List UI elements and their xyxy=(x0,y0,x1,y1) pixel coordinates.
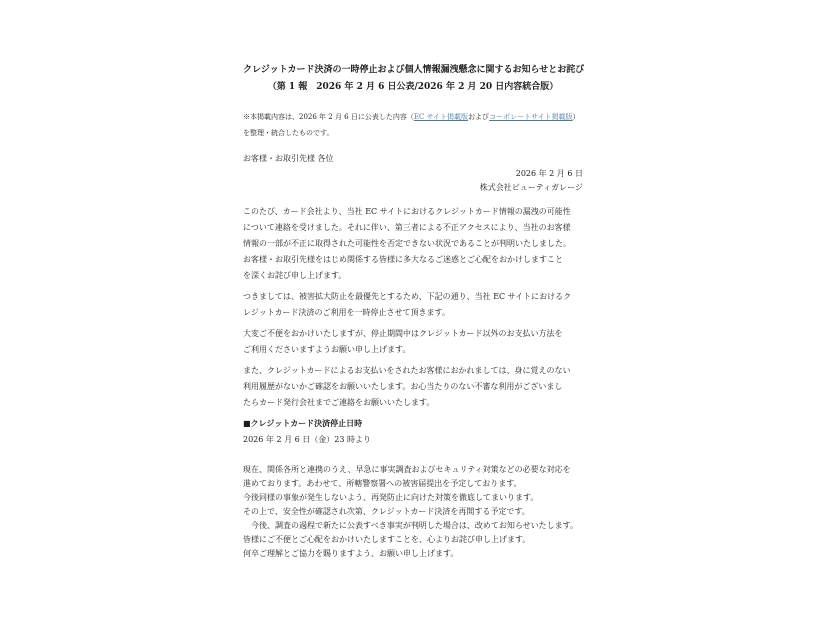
corporate-site-version-link[interactable]: コーポレートサイト掲載版 xyxy=(489,113,573,121)
recipients-line: お客様・お取引先様 各位 xyxy=(243,151,583,167)
notice-title: クレジットカード決済の一時停止および個人情報漏洩懸念に関するお知らせとお詫び （… xyxy=(243,62,583,96)
notice-title-line1: クレジットカード決済の一時停止および個人情報漏洩懸念に関するお知らせとお詫び xyxy=(243,62,583,79)
source-note-close-paren: ） xyxy=(573,113,580,121)
sender-block: 2026 年 2 月 6 日 株式会社ビューティガレージ xyxy=(243,167,583,195)
suspension-datetime-value: 2026 年 2 月 6 日（金）23 時より xyxy=(243,432,583,448)
card-check-paragraph: また、クレジットカードによるお支払いをされたお客様におかれましては、身に覚えのな… xyxy=(243,363,583,411)
company-name: 株式会社ビューティガレージ xyxy=(243,181,583,195)
source-note: ※本掲載内容は、2026 年 2 月 6 日に公表した内容（EC サイト掲載版お… xyxy=(243,109,583,141)
payment-alternative-paragraph: 大変ご不便をおかけいたしますが、停止期間中はクレジットカード以外のお支払い方法を… xyxy=(243,326,583,358)
intro-paragraph: このたび、カード会社より、当社 EC サイトにおけるクレジットカード情報の漏洩の… xyxy=(243,204,583,284)
ec-site-version-link[interactable]: EC サイト掲載版 xyxy=(414,113,468,121)
document-page: クレジットカード決済の一時停止および個人情報漏洩懸念に関するお知らせとお詫び （… xyxy=(243,0,583,561)
source-note-line1: ※本掲載内容は、2026 年 2 月 6 日に公表した内容（EC サイト掲載版お… xyxy=(243,109,583,125)
suspension-datetime-heading: ■クレジットカード決済停止日時 xyxy=(243,416,583,432)
source-note-line2: を整理・統合したものです。 xyxy=(243,125,583,141)
issue-date: 2026 年 2 月 6 日 xyxy=(243,167,583,181)
source-note-prefix: ※本掲載内容は、2026 年 2 月 6 日に公表した内容（ xyxy=(243,113,414,121)
closing-paragraph: 現在、関係各所と連携のうえ、早急に事実調査およびセキュリティ対策などの必要な対応… xyxy=(243,463,583,561)
suspension-paragraph: つきましては、被害拡大防止を最優先とするため、下記の通り、当社 EC サイトにお… xyxy=(243,289,583,321)
source-note-conjunction: および xyxy=(468,113,489,121)
notice-title-line2: （第 1 報 2026 年 2 月 6 日公表/2026 年 2 月 20 日内… xyxy=(243,79,583,96)
